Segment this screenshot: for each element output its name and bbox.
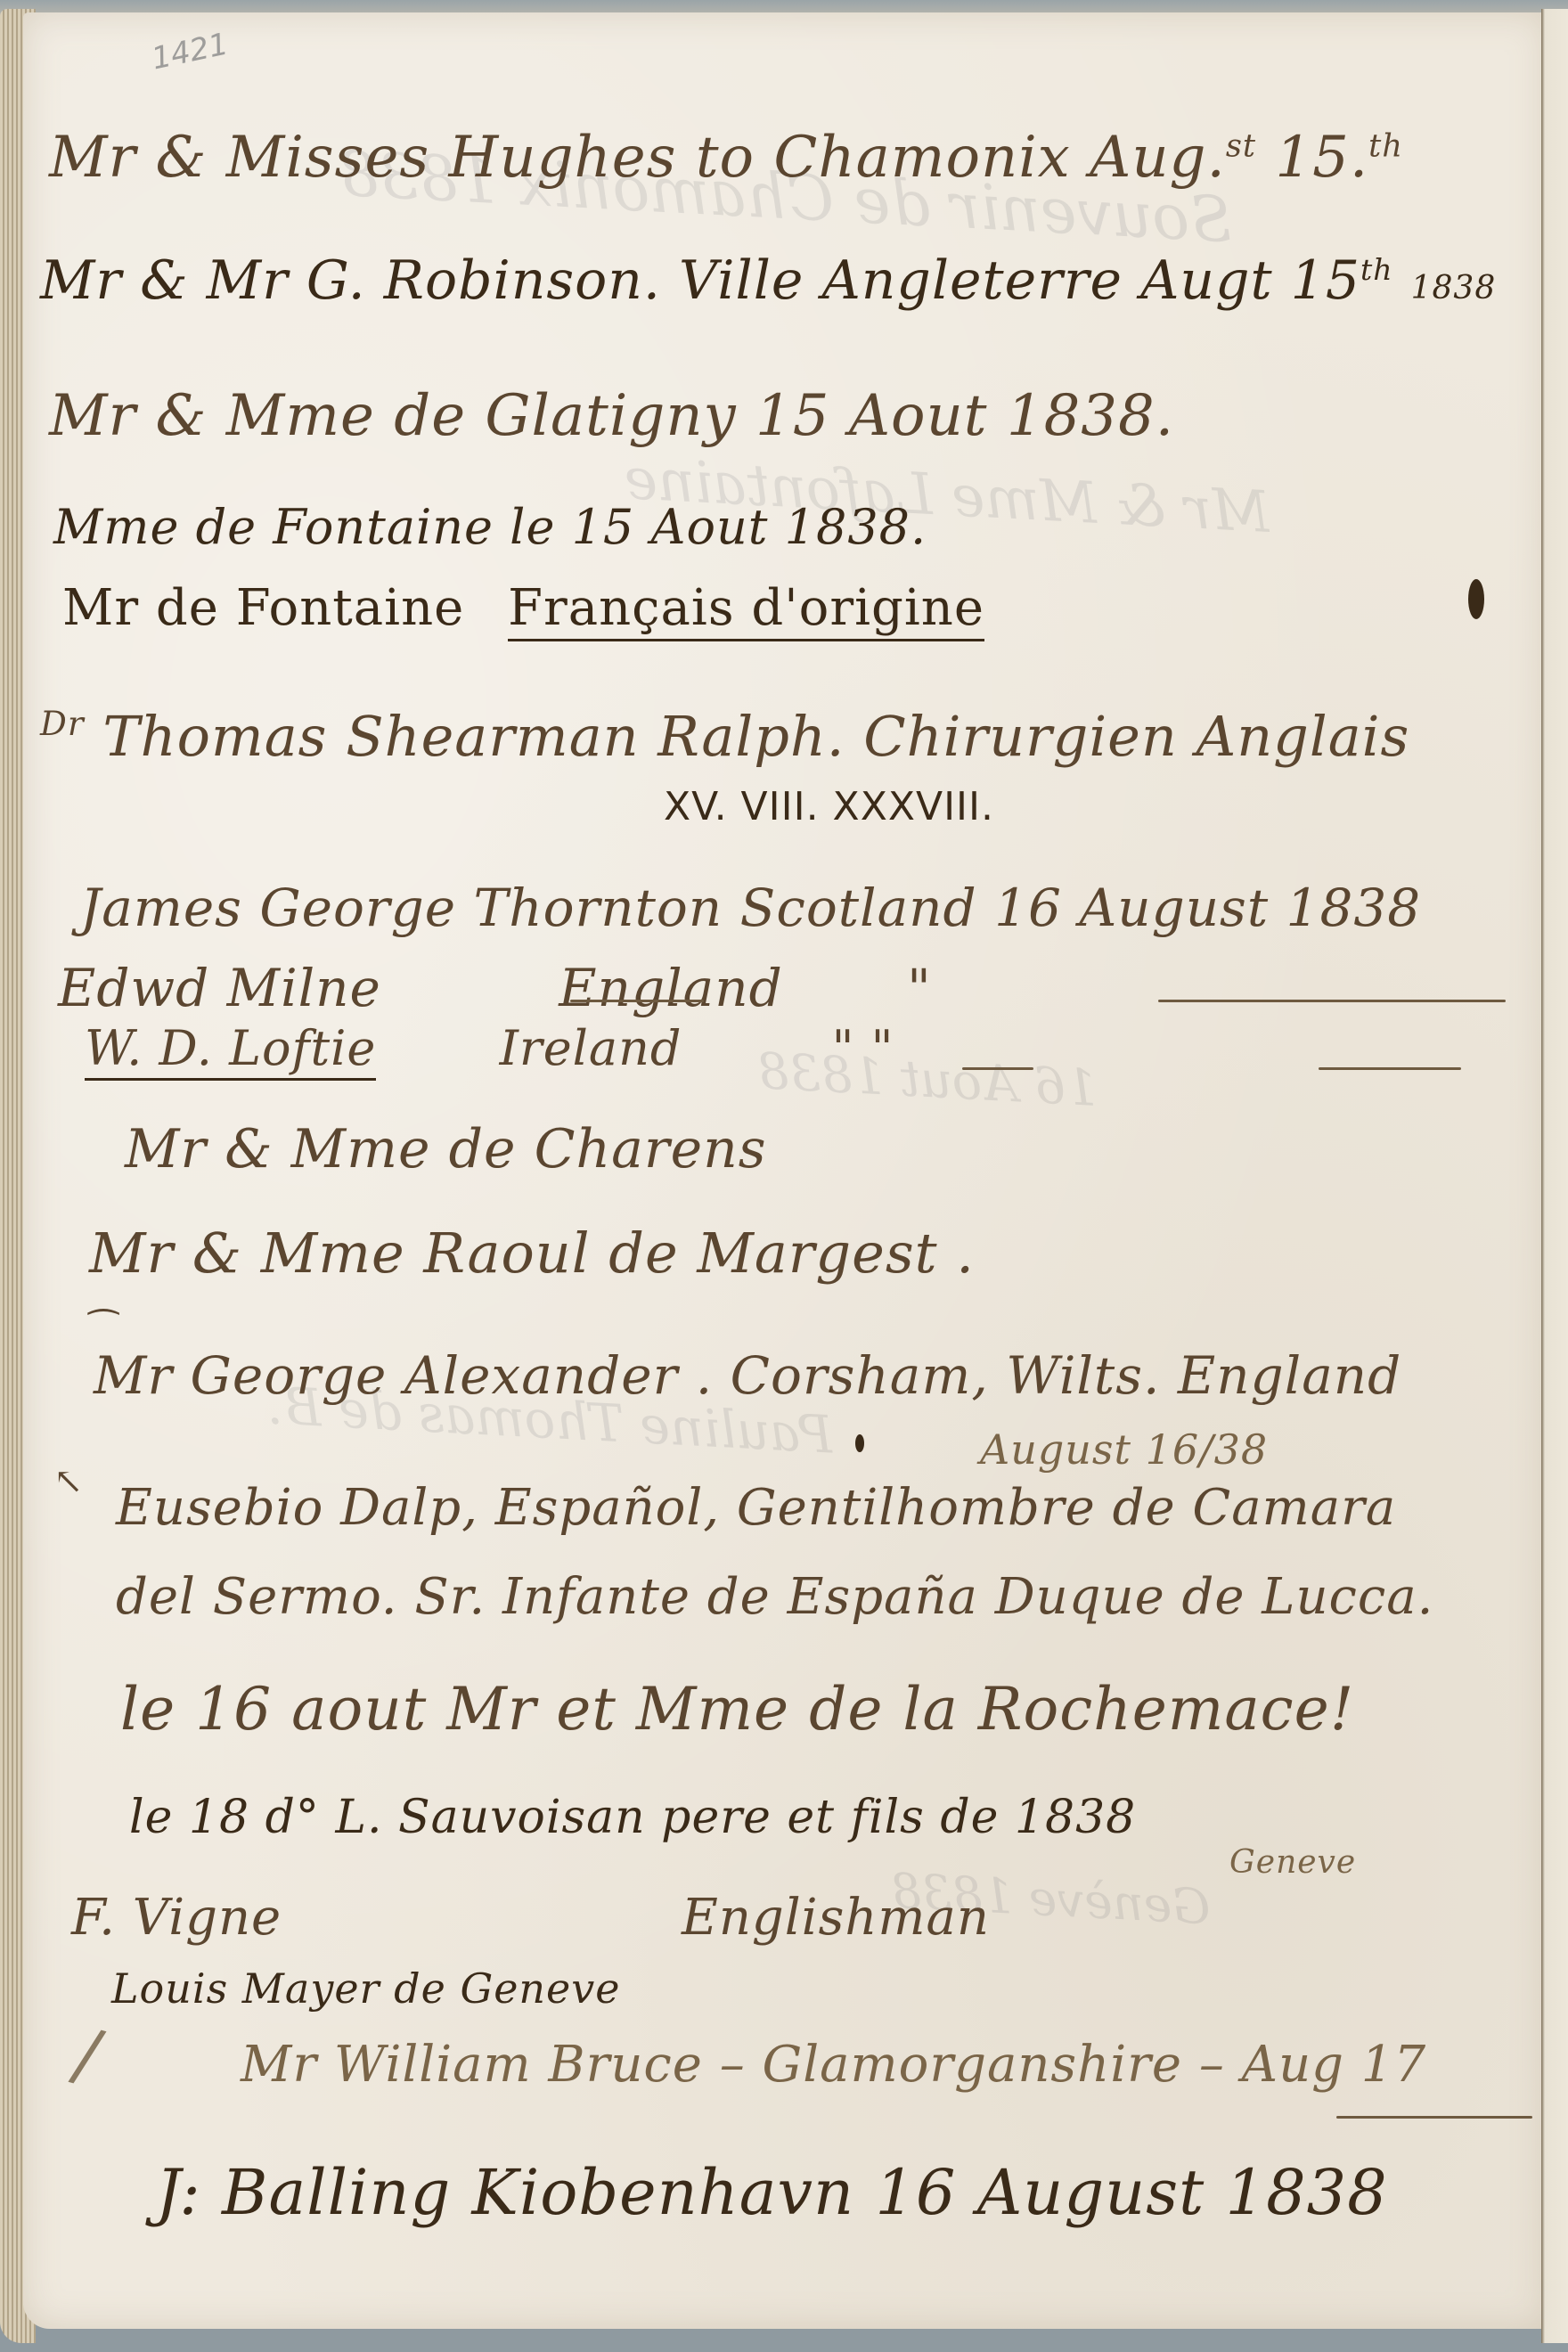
dash-stroke: [1319, 1067, 1461, 1070]
register-entry: Mr de Fontaine Français d'origine: [62, 579, 984, 637]
entry-text: Thomas Shearman Ralph. Chirurgien Anglai…: [102, 704, 1409, 769]
register-entry: Mr & Mme Raoul de Margest .: [89, 1221, 975, 1286]
register-entry: Mr & Mme de Glatigny 15 Aout 1838.: [49, 383, 1174, 449]
entry-text: Mr George Alexander . Corsham, Wilts. En…: [94, 1345, 1401, 1406]
entry-text: Mr William Bruce – Glamorganshire – Aug …: [241, 2036, 1426, 2094]
ditto-mark: " ": [832, 1020, 894, 1076]
underline-stroke: [1336, 2116, 1532, 2119]
register-entry: le 16 aout Mr et Mme de la Rochemace!: [120, 1675, 1354, 1744]
register-entry: Mme de Fontaine le 15 Aout 1838.: [53, 499, 927, 555]
register-entry: Mr & Mme de Charens: [125, 1118, 767, 1180]
ditto-mark: ": [907, 958, 932, 1018]
register-entry: F. Vigne Englishman: [71, 1889, 990, 1947]
entry-text: le 16 aout Mr et Mme de la Rochemace!: [120, 1675, 1354, 1744]
register-entry: James George Thornton Scotland 16 August…: [80, 878, 1421, 938]
dash-stroke: [962, 1067, 1033, 1070]
superscript: th: [1360, 252, 1393, 287]
entry-prefix: Dr: [40, 704, 85, 743]
superscript: th: [1368, 128, 1403, 165]
register-entry: Edwd Milne England ": [58, 958, 932, 1018]
register-entry: J: Balling Kiobenhavn 16 August 1838: [156, 2156, 1388, 2229]
entry-origin: Ireland: [500, 1020, 682, 1076]
entry-name: W. D. Loftie: [85, 1020, 376, 1081]
ink-blot: [1468, 579, 1484, 619]
entry-text: J: Balling Kiobenhavn 16 August 1838: [156, 2156, 1388, 2229]
register-entry: Mr William Bruce – Glamorganshire – Aug …: [241, 2036, 1426, 2094]
register-entry: Louis Mayer de Geneve: [111, 1964, 620, 2013]
entry-text: James George Thornton Scotland 16 August…: [80, 878, 1421, 938]
register-entry: Mr & Misses Hughes to Chamonix Aug.st 15…: [49, 125, 1403, 191]
dash-stroke: [1158, 1000, 1506, 1002]
margin-arrow: ↖: [53, 1461, 84, 1502]
entry-text: Louis Mayer de Geneve: [111, 1964, 620, 2013]
entry-note: Français d'origine: [508, 579, 984, 641]
superscript: st: [1226, 128, 1256, 165]
register-entry-continuation: del Sermo. Sr. Infante de España Duque d…: [116, 1568, 1433, 1626]
register-entry: le 18 d° L. Sauvoisan pere et fils de 18…: [129, 1791, 1136, 1844]
roman-date: XV. VIII. XXXVIII.: [664, 784, 994, 829]
register-entry: Eusebio Dalp, Español, Gentilhombre de C…: [116, 1479, 1396, 1537]
entry-text: le 18 d° L. Sauvoisan pere et fils de 18…: [129, 1791, 1136, 1844]
entry-text: Mr & Mr G. Robinson. Ville Angleterre Au…: [40, 249, 1360, 312]
entry-text: Mr & Misses Hughes to Chamonix Aug.: [49, 125, 1226, 191]
entry-year: 1838: [1411, 270, 1497, 306]
register-entry: Mr & Mr G. Robinson. Ville Angleterre Au…: [40, 249, 1496, 312]
entry-origin-note: Geneve: [1229, 1844, 1356, 1881]
dash-stroke: [570, 1000, 704, 1002]
entry-date: August 16/38: [980, 1425, 1268, 1474]
entry-name: Edwd Milne: [58, 958, 381, 1018]
entry-name: Mr de Fontaine: [62, 579, 464, 637]
register-entry: Dr Thomas Shearman Ralph. Chirurgien Ang…: [40, 704, 1409, 769]
entry-date: 15.: [1275, 125, 1368, 191]
entry-text: Mr & Mme de Charens: [125, 1118, 767, 1180]
entry-text: Eusebio Dalp, Español, Gentilhombre de C…: [116, 1479, 1396, 1537]
register-entry: Mr George Alexander . Corsham, Wilts. En…: [94, 1345, 1401, 1406]
entry-text: Mr & Mme de Glatigny 15 Aout 1838.: [49, 383, 1174, 449]
entry-text: del Sermo. Sr. Infante de España Duque d…: [116, 1568, 1433, 1626]
entry-text: Mr & Mme Raoul de Margest .: [89, 1221, 975, 1286]
entry-text: Mme de Fontaine le 15 Aout 1838.: [53, 499, 927, 555]
register-entry: W. D. Loftie Ireland " ": [85, 1020, 894, 1076]
binding-gutter: [1541, 9, 1568, 2343]
entry-origin: England: [559, 958, 782, 1018]
entry-name: F. Vigne: [71, 1889, 282, 1947]
entry-origin: Englishman: [682, 1889, 990, 1947]
ink-blot: [855, 1434, 864, 1452]
